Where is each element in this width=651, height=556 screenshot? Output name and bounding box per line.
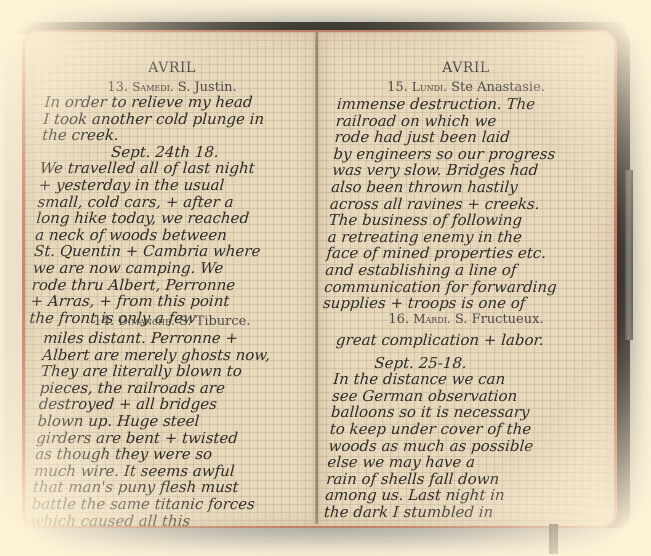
handwritten-line: great complication + labor. xyxy=(335,332,612,349)
day-name: Dimanche. xyxy=(118,314,175,328)
handwritten-line: also been thrown hastily xyxy=(331,179,608,196)
handwritten-entry-15: immense destruction. The railroad on whi… xyxy=(322,96,613,312)
side-bookmark-ribbon xyxy=(625,170,633,340)
day-name: Lundi. xyxy=(412,80,447,94)
handwritten-line: Albert are merely ghosts now, xyxy=(42,347,317,364)
handwritten-line: In the distance we can xyxy=(333,371,610,388)
handwritten-line: communication for forwarding xyxy=(324,279,601,296)
saint-name: S. Fructueux. xyxy=(455,312,544,327)
handwritten-line: a neck of woods between xyxy=(35,227,310,244)
handwritten-line: + Arras, + from this point xyxy=(30,293,305,310)
saint-name: S. Tiburce. xyxy=(179,314,251,329)
handwritten-line: woods as much as possible xyxy=(328,438,605,455)
handwritten-line: which caused all this xyxy=(30,513,305,530)
handwritten-line: We travelled all of last night xyxy=(39,160,314,177)
handwritten-line: In order to relieve my head xyxy=(44,94,319,111)
day-name: Samedi. xyxy=(132,80,173,94)
handwritten-line: supplies + troops is one of xyxy=(322,295,599,312)
date-number: 16. xyxy=(388,312,409,327)
handwritten-line: among us. Last night in xyxy=(325,487,602,504)
handwritten-line: The business of following xyxy=(328,212,605,229)
date-header-16: 16. Mardi. S. Fructueux. xyxy=(318,312,614,327)
handwritten-line: the creek. xyxy=(42,127,317,144)
handwritten-line: miles distant. Perronne + xyxy=(43,330,318,347)
date-number: 14. xyxy=(93,314,114,329)
handwritten-line: and establishing a line of xyxy=(325,262,602,279)
handwritten-line: else we may have a xyxy=(327,454,604,471)
handwritten-line: battle the same titanic forces xyxy=(31,496,306,513)
handwritten-line: to keep under cover of the xyxy=(329,421,606,438)
handwritten-line: + yesterday in the usual xyxy=(38,177,313,194)
handwritten-line: we are now camping. We xyxy=(32,260,307,277)
handwritten-line: rain of shells fall down xyxy=(326,471,603,488)
date-number: 15. xyxy=(387,80,408,95)
handwritten-date: Sept. 24th 18. xyxy=(40,144,315,161)
handwritten-entry-16: great complication + labor. Sept. 25-18.… xyxy=(323,332,612,521)
date-header-14: 14. Dimanche. S. Tiburce. xyxy=(25,314,319,329)
diary-page-right: AVRIL 15. Lundi. Ste Anastasie. immense … xyxy=(318,30,617,528)
day-name: Mardi. xyxy=(413,312,450,326)
handwritten-line: I took another cold plunge in xyxy=(43,111,318,128)
handwritten-line: see German observation xyxy=(332,388,609,405)
handwritten-line: rode had just been laid xyxy=(334,129,611,146)
handwritten-entry-13: In order to relieve my head I took anoth… xyxy=(29,94,319,326)
handwritten-line: across all ravines + creeks. xyxy=(329,196,606,213)
bookmark-ribbon xyxy=(549,524,558,554)
handwritten-line: was very slow. Bridges had xyxy=(332,162,609,179)
handwritten-line: by engineers so our progress xyxy=(333,146,610,163)
handwritten-line: rode thru Albert, Perronne xyxy=(31,277,306,294)
handwritten-line: much wire. It seems awful xyxy=(34,463,309,480)
handwritten-line: small, cold cars, + after a xyxy=(37,194,312,211)
handwritten-line: St. Quentin + Cambria where xyxy=(34,243,309,260)
handwritten-line: girders are bent + twisted xyxy=(36,430,311,447)
handwritten-line: immense destruction. The xyxy=(336,96,613,113)
month-header: AVRIL xyxy=(25,60,319,76)
saint-name: Ste Anastasie. xyxy=(451,80,545,95)
handwritten-line: face of mined properties etc. xyxy=(326,245,603,262)
handwritten-line: railroad on which we xyxy=(335,113,612,130)
handwritten-line: balloons so it is necessary xyxy=(330,404,607,421)
handwritten-line: destroyed + all bridges xyxy=(38,396,313,413)
handwritten-line: as though they were so xyxy=(35,446,310,463)
handwritten-line: long hike today, we reached xyxy=(36,210,311,227)
date-header-15: 15. Lundi. Ste Anastasie. xyxy=(318,80,614,95)
handwritten-date: Sept. 25-18. xyxy=(334,355,611,372)
handwritten-line: blown up. Huge steel xyxy=(37,413,312,430)
handwritten-line: They are literally blown to xyxy=(40,363,315,380)
handwritten-entry-14: miles distant. Perronne + Albert are mer… xyxy=(30,330,318,529)
handwritten-line: the dark I stumbled in xyxy=(323,504,600,521)
month-header: AVRIL xyxy=(318,60,614,76)
handwritten-line: that man's puny flesh must xyxy=(32,479,307,496)
handwritten-line: pieces, the railroads are xyxy=(39,380,314,397)
handwritten-line: a retreating enemy in the xyxy=(327,229,604,246)
diary-page-left: AVRIL 13. Samedi. S. Justin. In order to… xyxy=(22,30,319,528)
